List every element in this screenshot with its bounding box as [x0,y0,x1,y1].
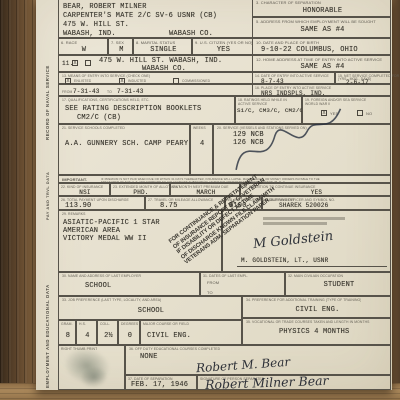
photo-of-separation-document: RECORD OF NAVAL SERVICE PAY AND TRVL DAT… [0,0,400,400]
insurance-kind-value: NSI [59,189,111,196]
major-course-value: CIVIL ENG. [147,332,191,340]
major-course-cell: MAJOR COURSE OR FIELD CIVIL ENG. [140,320,242,345]
identification-block: BEAR, ROBERT MILNER CARPENTER'S MATE 2/C… [58,0,253,38]
separation-character-cell: 3. CHARACTER OF SEPARATION HONORABLE [252,0,391,17]
education-degrees-cell: DEGREES 0 [118,320,140,345]
enlist-date-from: 7-31-43 [73,88,100,95]
education-degrees-label: DEGREES [121,322,138,326]
means-of-entry-cell: 13. MEANS OF ENTRY INTO SERVICE (CHECK O… [58,72,253,84]
section-label-employment-data: EMPLOYMENT AND EDUCATIONAL DATA [45,228,50,388]
officer-signature-script: M Goldstein [252,229,333,252]
home-city: WABASH, IND. [63,30,116,38]
travel-allowance-label: 27. TRAVEL OR MILEAGE ALLOWANCE [148,198,213,202]
marital-label: 8. MARITAL STATUS [136,40,175,45]
entry-date-cell: 14. DATE OF ENTRY INTO ACTIVE SERVICE 8-… [252,72,335,84]
birth-label: 10. DATE AND PLACE OF BIRTH [256,40,319,45]
separation-date-value: FEB. 17, 1946 [131,381,188,389]
vocational-courses-cell: 35. VOCATIONAL OR TRADE COURSES TAKEN AN… [242,318,391,345]
civilian-occupation-label: 32. MAIN CIVILIAN OCCUPATION [288,274,343,278]
service-schools-cell: 21. SERVICE SCHOOLS COMPLETED A.A. GUNNE… [58,124,190,175]
race-value: W [59,46,109,54]
means-of-entry-label: 13. MEANS OF ENTRY INTO SERVICE (CHECK O… [62,74,150,78]
address-checkbox-no [85,60,91,66]
birth-cell: 10. DATE AND PLACE OF BIRTH 9-10-22 COLU… [252,38,391,55]
place-of-entry-cell: 16. PLACE OF ENTRY INTO ACTIVE SERVICE N… [252,84,391,96]
separation-character-value: HONORABLE [253,7,392,15]
race-cell: 6. RACE W [58,38,108,55]
employment-address-label: 5. ADDRESS FROM WHICH EMPLOYMENT WILL BE… [256,19,376,24]
education-college-cell: COLL. 2½ [97,320,118,345]
to-word: TO [107,90,112,94]
employment-from-word: FROM [207,280,219,285]
job-preference-cell: 33. JOB PREFERENCE (LAST TYPE, LOCALITY,… [58,296,242,320]
home-address-entry-value: SAME AS #4 [253,63,392,71]
race-label: 6. RACE [61,40,77,45]
job-preference-label: 33. JOB PREFERENCE (LAST TYPE, LOCALITY,… [62,298,161,302]
education-hs-cell: H.S. 4 [76,320,97,345]
qualifications-cell: 17. QUALIFICATIONS, CERTIFICATIONS HELD,… [58,96,235,124]
insurance-kind-label: 22. KIND OF INSURANCE [61,185,103,189]
officer-signature-underline [237,266,387,267]
disbursing-officer-value: SHAREK 520026 [279,202,328,209]
off-duty-courses-value: NONE [140,353,158,361]
job-preference-value: SCHOOL [59,307,243,315]
separation-date-cell: 37. DATE OF SEPARATION FEB. 17, 1946 [125,375,197,390]
education-degrees-value: 0 [119,332,141,340]
remarks-line1: ASIATIC-PACIFIC 1 STAR [63,219,160,227]
last-employer-cell: 30. NAME AND ADDRESS OF LAST EMPLOYER SC… [58,272,200,296]
from-word: FROM [62,90,72,94]
marital-cell: 8. MARITAL STATUS SINGLE [133,38,192,55]
off-duty-courses-label: 36. OFF DUTY EDUCATIONAL COURSES COMPLET… [129,347,220,351]
section-label-pay-data: PAY AND TRVL DATA [46,158,50,220]
last-employer-value: SCHOOL [85,282,111,290]
marital-value: SINGLE [134,46,193,54]
sex-label: 7. SEX [111,40,124,45]
sex-value: M [109,46,134,54]
vocational-courses-value: PHYSICS 4 MONTHS [279,328,349,336]
total-payment-label: 26. TOTAL PAYMENT UPON DISCHARGE [61,198,129,202]
insurance-paid-cell: 23. EXTENDED MONTH OF ALLOTMENT PHD. [110,183,170,196]
employment-dates-cell: 31. DATES OF LAST EMPL. FROM TO [200,272,285,296]
veteran-name: BEAR, ROBERT MILNER [63,3,147,11]
address-11-cell: 11. X 475 W. HILL ST. WABASH, IND. WABAS… [58,55,253,72]
weeks-label: WEEKS [193,126,206,130]
insurance-kind-cell: 22. KIND OF INSURANCE NSI [58,183,110,196]
major-course-label: MAJOR COURSE OR FIELD [143,322,189,326]
separation-date-label: 37. DATE OF SEPARATION [128,377,173,381]
rank-rating: CARPENTER'S MATE 2/C SV-6 USNR (CB) [63,12,217,20]
citizen-label: 9. U.S. CITIZEN (YES OR NO) [195,40,253,45]
inducted-word: INDUCTED [128,79,146,83]
net-service-cell: 15. NET SERVICE COMPLETED FOR PAY PURPOS… [335,72,391,84]
important-notice-strip: IMPORTANT. IF PREMIUM IS NOT PAID WHEN D… [58,175,391,183]
enlist-date-to: 7-31-43 [117,88,144,95]
commissioned-word: COMMISSIONED [182,79,210,83]
officer-note-line-1 [263,217,345,220]
service-schools-label: 21. SERVICE SCHOOLS COMPLETED [62,126,125,130]
remarks-line3: VICTORY MEDAL WW II [63,235,147,243]
citizen-value: YES [193,46,254,54]
home-address-entry-label: 12. HOME ADDRESS AT TIME OF ENTRY INTO A… [256,57,382,62]
remarks-label: 29. REMARKS [62,212,86,216]
address-11-line1: 475 W. HILL ST. WABASH, IND. [99,57,222,65]
sex-cell: 7. SEX M [108,38,133,55]
training-preference-cell: 34. PREFERENCE FOR ADDITIONAL TRAINING (… [242,296,391,318]
weeks-value: 4 [200,140,204,148]
foreign-no-checkbox [357,110,363,116]
travel-allowance-value: 8.75 [160,202,178,210]
total-payment-value: 113.90 [65,202,91,210]
employment-to-word: TO [207,290,213,295]
training-preference-label: 34. PREFERENCE FOR ADDITIONAL TRAINING (… [246,298,361,302]
disbursing-officer-cell: DISBURSING OFFICER AND SYMBOL NO. SHAREK… [262,196,391,210]
remarks-line2: AMERICAN AREA [63,227,120,235]
qualifications-line2: CM2/C (CB) [77,114,121,122]
qualifications-line1: SEE RATING DESCRIPTION BOOKLETS [65,105,201,113]
section-label-naval-service: RECORD OF NAVAL SERVICE [45,40,50,140]
service-school-value: A.A. GUNNERY SCH. CAMP PEARY [65,140,188,148]
qualifications-label: 17. QUALIFICATIONS, CERTIFICATIONS HELD,… [62,98,150,102]
officer-typed-name: M. GOLDSTEIN, LT., USNR [241,257,328,264]
education-grammar-cell: GRAM. 8 [58,320,76,345]
education-hs-value: 4 [77,332,98,340]
birth-value: 9-10-22 COLUMBUS, OHIO [261,46,358,54]
home-county: WABASH CO. [169,30,213,38]
ratings-held-label2: ACTIVE SERVICE [238,102,267,106]
employment-address-cell: 5. ADDRESS FROM WHICH EMPLOYMENT WILL BE… [252,17,391,38]
education-college-value: 2½ [98,332,119,340]
place-of-entry-label: 16. PLACE OF ENTRY INTO ACTIVE SERVICE [255,86,331,90]
important-word: IMPORTANT. [62,177,87,182]
address-checkbox-yes: X [72,60,78,66]
foreign-no-word: NO [366,111,372,116]
employment-address-value: SAME AS #4 [253,26,392,34]
enlistment-dates-cell: FROM 7-31-43 TO 7-31-43 [58,84,253,96]
separation-character-label: 3. CHARACTER OF SEPARATION [256,0,321,5]
employment-dates-label: 31. DATES OF LAST EMPL. [203,274,248,278]
education-hs-label: H.S. [79,322,86,326]
civilian-occupation-value: STUDENT [286,281,392,289]
citizen-cell: 9. U.S. CITIZEN (YES OR NO) YES [192,38,253,55]
premium-month-label: 24. MONTH NEXT PREMIUM DUE [173,185,229,189]
enlisted-word: ENLISTED [74,79,91,83]
education-college-label: COLL. [100,322,110,326]
entry-date-label: 14. DATE OF ENTRY INTO ACTIVE SERVICE [255,74,329,78]
education-grammar-label: GRAM. [61,322,73,326]
home-address-entry-cell: 12. HOME ADDRESS AT TIME OF ENTRY INTO A… [252,55,391,72]
education-grammar-value: 8 [59,332,77,340]
vocational-courses-label: 35. VOCATIONAL OR TRADE COURSES TAKEN AN… [246,320,370,324]
insurance-paid-value: PHD. [111,189,171,196]
training-preference-value: CIVIL ENG. [243,306,392,314]
home-street: 475 W. HILL ST. [63,21,129,29]
civilian-occupation-cell: 32. MAIN CIVILIAN OCCUPATION STUDENT [285,272,391,296]
school-weeks-cell: WEEKS 4 [190,124,213,175]
total-payment-cell: 26. TOTAL PAYMENT UPON DISCHARGE 113.90 [58,196,145,210]
officer-note-line-2 [263,222,327,225]
last-employer-label: 30. NAME AND ADDRESS OF LAST EMPLOYER [62,274,141,278]
